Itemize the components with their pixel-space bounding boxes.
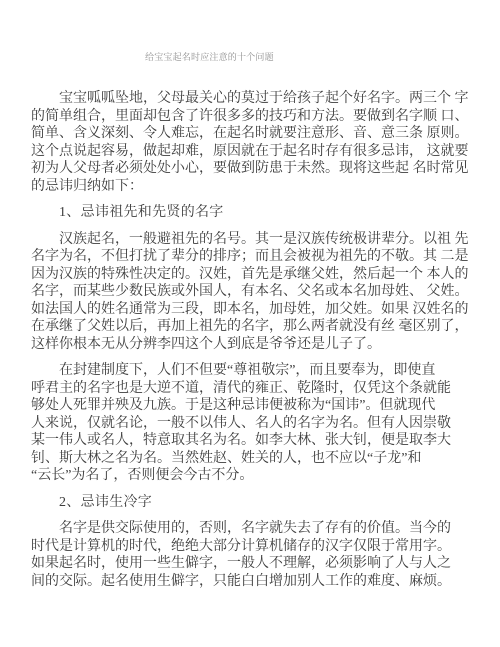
section-1-heading: 1、忌讳祖先和先贤的名字 bbox=[31, 204, 471, 222]
text-line: 人来说，仅就名论，一般不以伟人、名人的名字为名。但有人因崇敬 bbox=[31, 415, 471, 433]
text-line: 这样你根本无从分辨李四这个人到底是爷爷还是儿子了。 bbox=[31, 336, 471, 354]
text-line: 名字为名，不但打扰了辈分的排序；而且会被视为祖先的不敬。其 二是 bbox=[31, 248, 471, 266]
text-line: 某一伟人或名人，特意取其名为名。如李大林、张大钊，便是取李大 bbox=[31, 432, 471, 450]
paragraph-section1-b: 在封建制度下，人们不但要“尊祖敬宗”，而且要奉为，即使直呼君主的名字也是大逆不道… bbox=[31, 362, 471, 485]
text-line: 这个点说起容易，做起却难，原因就在于起名时存有很多忌讳， 这就要 bbox=[31, 143, 471, 161]
text-line: 因为汉族的特殊性决定的。汉姓，首先是承继父姓，然后起一个 本人的 bbox=[31, 266, 471, 284]
text-line: 汉族起名，一般避祖先的名号。其一是汉族传统极讲辈分。以祖 先 bbox=[31, 231, 471, 249]
text-line: 钊、斯大林之名为名。当然姓赵、姓关的人，也不应以“子龙”和 bbox=[31, 450, 471, 468]
text-line: 的简单组合，里面却包含了许很多多的技巧和方法。要做到名字顺 口、 bbox=[31, 108, 471, 126]
text-line: 够处人死罪并殃及九族。于是这种忌讳便被称为“国讳”。但就现代 bbox=[31, 397, 471, 415]
text-line: “云长”为名了，否则便会今古不分。 bbox=[31, 467, 471, 485]
document-body: 宝宝呱呱坠地，父母最关心的莫过于给孩子起个好名字。两三个 字的简单组合，里面却包… bbox=[31, 90, 471, 590]
text-line: 简单、含义深刻、令人难忘，在起名时就要注意形、音、意三条 原则。 bbox=[31, 125, 471, 143]
document-title: 给宝宝起名时应注意的十个问题 bbox=[145, 51, 274, 63]
text-line: 的忌讳归纳如下： bbox=[31, 178, 471, 196]
section-2-heading: 2、忌讳生冷字 bbox=[31, 494, 471, 512]
text-line: 名字是供交际使用的，否则，名字就失去了存有的价值。当今的 bbox=[31, 520, 471, 538]
text-line: 如果起名时，使用一些生僻字，一般人不理解，必须影响了人与人之 bbox=[31, 555, 471, 573]
text-line: 呼君主的名字也是大逆不道，清代的雍正、乾隆时，仅凭这个条就能 bbox=[31, 380, 471, 398]
text-line: 宝宝呱呱坠地，父母最关心的莫过于给孩子起个好名字。两三个 字 bbox=[31, 90, 471, 108]
paragraph-intro: 宝宝呱呱坠地，父母最关心的莫过于给孩子起个好名字。两三个 字的简单组合，里面却包… bbox=[31, 90, 471, 195]
paragraph-section1-a: 汉族起名，一般避祖先的名号。其一是汉族传统极讲辈分。以祖 先名字为名，不但打扰了… bbox=[31, 231, 471, 354]
paragraph-section2-a: 名字是供交际使用的，否则，名字就失去了存有的价值。当今的时代是计算机的时代，绝绝… bbox=[31, 520, 471, 590]
text-line: 名字，而某些少数民族或外国人，有本名、父名或本名加母姓、 父姓。 bbox=[31, 283, 471, 301]
text-line: 初为人父母者必须处处小心，要做到防患于未然。现将这些起 名时常见 bbox=[31, 160, 471, 178]
text-line: 时代是计算机的时代，绝绝大部分计算机储存的汉字仅限于常用字。 bbox=[31, 538, 471, 556]
text-line: 间的交际。起名使用生僻字，只能白白增加别人工作的难度、麻烦。 bbox=[31, 573, 471, 591]
text-line: 在封建制度下，人们不但要“尊祖敬宗”，而且要奉为，即使直 bbox=[31, 362, 471, 380]
text-line: 在承继了父姓以后，再加上祖先的名字，那么两者就没有丝 毫区别了， bbox=[31, 318, 471, 336]
document-page: 给宝宝起名时应注意的十个问题 宝宝呱呱坠地，父母最关心的莫过于给孩子起个好名字。… bbox=[0, 0, 500, 647]
text-line: 如法国人的姓名通常为三段，即本名，加母姓，加父姓。如果 汉姓名的 bbox=[31, 301, 471, 319]
